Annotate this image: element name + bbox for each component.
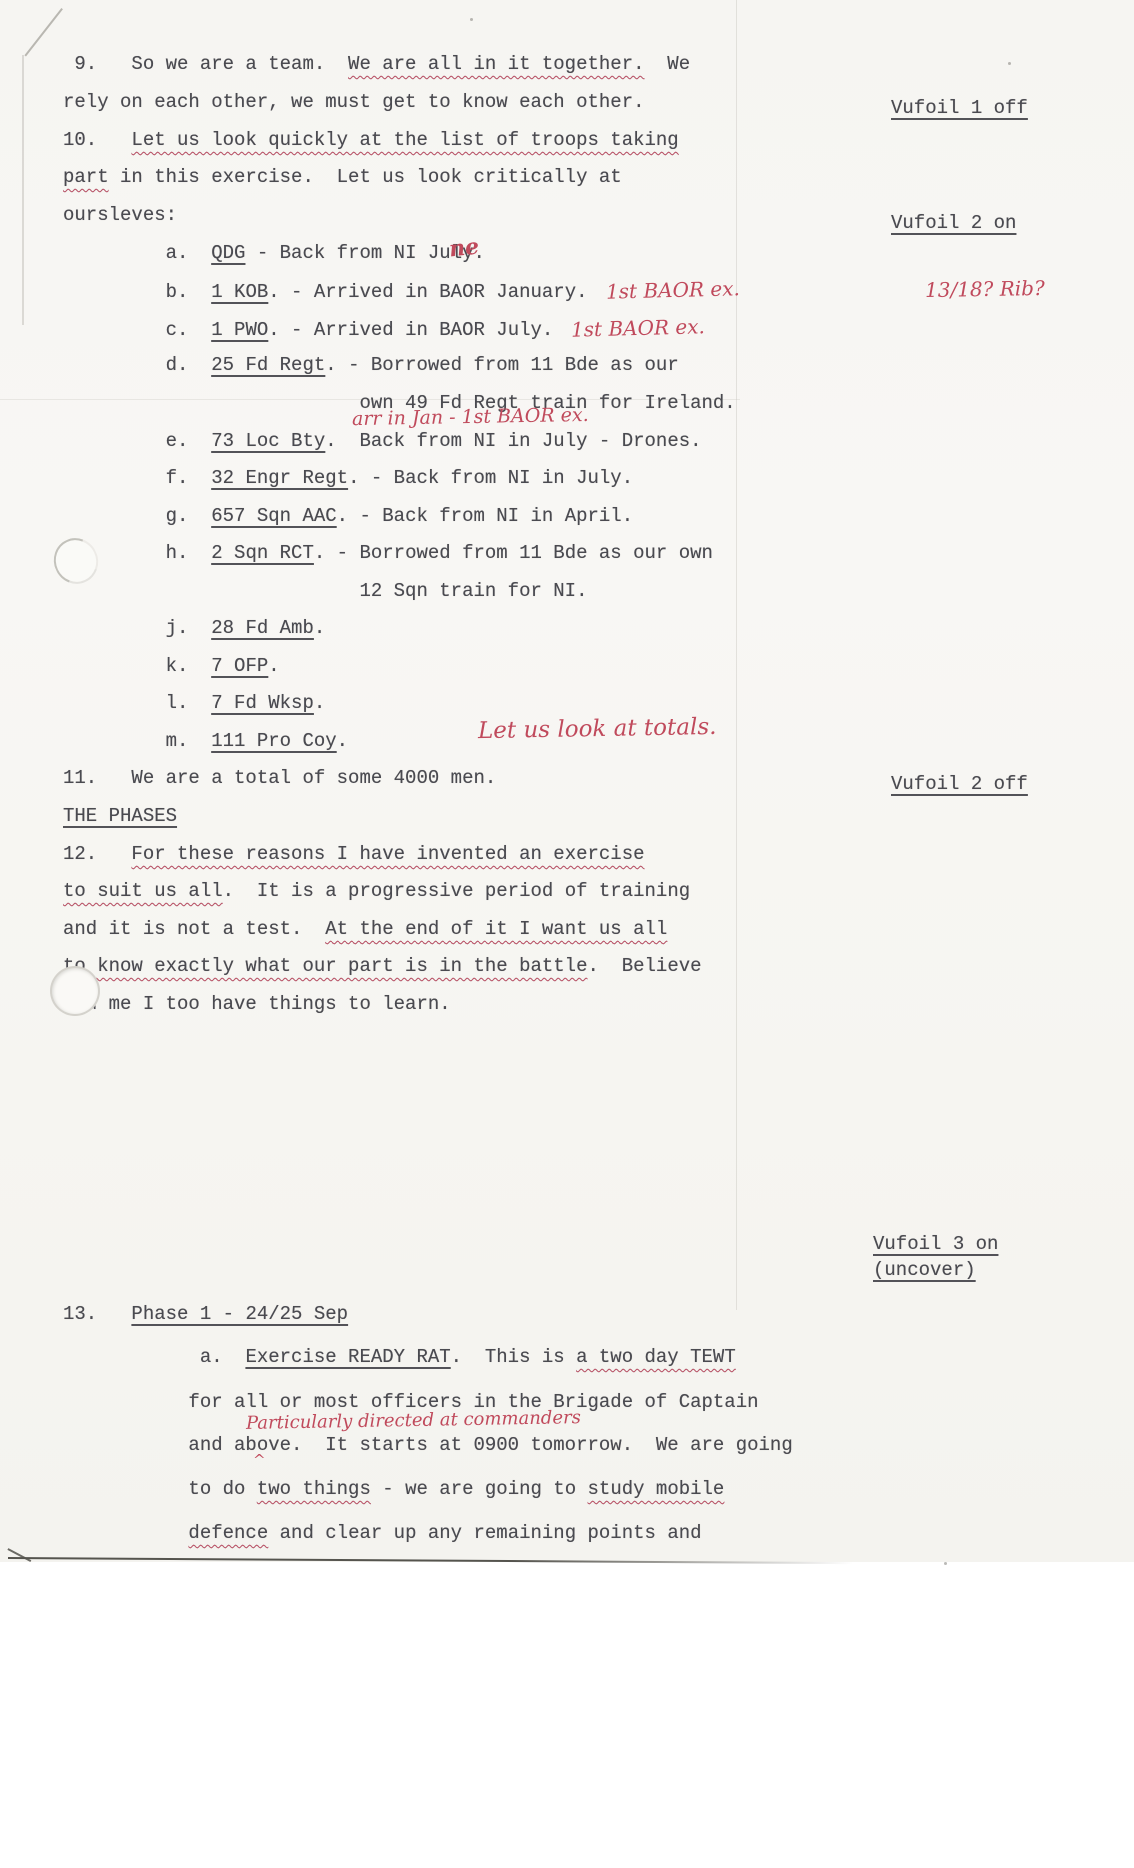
section-heading: THE PHASES bbox=[63, 804, 177, 828]
typed-text: . Believe bbox=[588, 955, 702, 977]
typed-text: . It is a progressive period of training bbox=[223, 880, 690, 902]
unit-name: 7 Fd Wksp bbox=[211, 692, 314, 714]
typed-line-para12-1: 12. For these reasons I have invented an… bbox=[63, 842, 645, 866]
paper-corner-fold-line bbox=[24, 8, 62, 56]
margin-note-text: Vufoil 2 off bbox=[891, 773, 1028, 795]
list-item-a: a. QDG - Back from NI Julyne. bbox=[63, 241, 485, 265]
handwritten-note: Let us look at totals. bbox=[478, 714, 717, 744]
margin-note-text: Vufoil 1 off bbox=[891, 97, 1028, 119]
red-underlined-text: For these reasons I have invented an exe… bbox=[131, 843, 644, 865]
list-item-c: c. 1 PWO. - Arrived in BAOR July.1st BAO… bbox=[63, 316, 705, 342]
red-underlined-text: defence bbox=[188, 1522, 268, 1544]
list-item-b: b. 1 KOB. - Arrived in BAOR January.1st … bbox=[63, 278, 739, 304]
margin-note-text: Vufoil 2 on bbox=[891, 212, 1016, 234]
typed-text: j. bbox=[63, 617, 211, 639]
typed-line-para9-2: rely on each other, we must get to know … bbox=[63, 90, 645, 114]
margin-note-text: Vufoil 3 on bbox=[873, 1233, 998, 1255]
exercise-name: Exercise READY RAT bbox=[245, 1346, 450, 1368]
typed-text: . - Borrowed from 11 Bde as our bbox=[325, 354, 678, 376]
margin-note-vufoil-2-on: Vufoil 2 on bbox=[891, 212, 1016, 234]
typed-text: a. bbox=[63, 242, 211, 264]
unit-name: 7 OFP bbox=[211, 655, 268, 677]
typed-text: . bbox=[314, 617, 325, 639]
typed-text: g. bbox=[63, 505, 211, 527]
list-item-e: e. 73 Loc Bty. Back from NI in July - Dr… bbox=[63, 429, 702, 453]
handwritten-note: 1st BAOR ex. bbox=[605, 276, 739, 303]
typed-text: and above. It starts at 0900 tomorrow. W… bbox=[63, 1434, 793, 1456]
unit-name: 25 Fd Regt bbox=[211, 354, 325, 376]
margin-note-vufoil-1-off: Vufoil 1 off bbox=[891, 97, 1028, 119]
paper-bottom-edge bbox=[8, 1557, 853, 1564]
typed-text: m. bbox=[63, 730, 211, 752]
list-item-f: f. 32 Engr Regt. - Back from NI in July. bbox=[63, 466, 633, 490]
typed-text: h. bbox=[63, 542, 211, 564]
typed-text: 9. So we are a team. bbox=[63, 53, 348, 75]
typed-text: 11. We are a total of some 4000 men. bbox=[63, 767, 496, 789]
typed-text bbox=[63, 1522, 188, 1544]
paper-speckle bbox=[470, 18, 473, 21]
typed-text: a. bbox=[63, 1346, 245, 1368]
unit-name: 111 Pro Coy bbox=[211, 730, 336, 752]
unit-name: 1 KOB bbox=[211, 281, 268, 303]
unit-name: 2 Sqn RCT bbox=[211, 542, 314, 564]
typed-text: 10. bbox=[63, 129, 131, 151]
list-item-m: m. 111 Pro Coy. bbox=[63, 729, 348, 753]
unit-name: QDG bbox=[211, 242, 245, 264]
typed-line-para12-5: you me I too have things to learn. bbox=[63, 992, 451, 1016]
handwritten-note: 1st BAOR ex. bbox=[571, 314, 705, 341]
red-underlined-text: two things bbox=[257, 1478, 371, 1500]
heading-text: Phase 1 - 24/25 Sep bbox=[131, 1303, 348, 1325]
list-item-g: g. 657 Sqn AAC. - Back from NI in April. bbox=[63, 504, 633, 528]
unit-name: 32 Engr Regt bbox=[211, 467, 348, 489]
typed-line-para10-3: oursleves: bbox=[63, 203, 177, 227]
typed-text: - we are going to bbox=[371, 1478, 588, 1500]
typed-line-para13a-3: and above. It starts at 0900 tomorrow. W… bbox=[63, 1433, 793, 1457]
typed-text: to do bbox=[63, 1478, 257, 1500]
typed-line-para13a-4: to do two things - we are going to study… bbox=[63, 1477, 724, 1501]
list-item-l: l. 7 Fd Wksp. bbox=[63, 691, 325, 715]
paper-speckle bbox=[1008, 62, 1011, 65]
paper-speckle bbox=[944, 1562, 947, 1565]
typed-line-para10-1: 10. Let us look quickly at the list of t… bbox=[63, 128, 679, 152]
margin-note-vufoil-3-on: Vufoil 3 on bbox=[873, 1233, 998, 1255]
typed-text: . - Back from NI in April. bbox=[337, 505, 633, 527]
paper-bottom-corner bbox=[8, 1548, 32, 1562]
typed-text: in this exercise. Let us look critically… bbox=[109, 166, 622, 188]
list-item-h-continuation: 12 Sqn train for NI. bbox=[63, 579, 588, 603]
document-page: 9. So we are a team. We are all in it to… bbox=[0, 0, 1134, 1562]
typed-text: e. bbox=[63, 430, 211, 452]
typed-text: . - Borrowed from 11 Bde as our own bbox=[314, 542, 713, 564]
list-item-h: h. 2 Sqn RCT. - Borrowed from 11 Bde as … bbox=[63, 541, 713, 565]
red-underlined-text: study mobile bbox=[588, 1478, 725, 1500]
typed-text: 12. bbox=[63, 843, 131, 865]
typed-text: b. bbox=[63, 281, 211, 303]
typed-text: oursleves: bbox=[63, 204, 177, 226]
handwritten-correction: ne bbox=[448, 234, 480, 261]
unit-name: 657 Sqn AAC bbox=[211, 505, 336, 527]
typed-text: . bbox=[268, 655, 279, 677]
unit-name: 73 Loc Bty bbox=[211, 430, 325, 452]
hole-punch-mark bbox=[50, 966, 100, 1016]
overwritten-text: lyne bbox=[451, 241, 474, 265]
typed-text: k. bbox=[63, 655, 211, 677]
list-item-j: j. 28 Fd Amb. bbox=[63, 616, 325, 640]
red-underlined-text: to suit us all bbox=[63, 880, 223, 902]
paper-crease-vertical bbox=[736, 0, 737, 1310]
typed-text: . Back from NI in July - Drones. bbox=[325, 430, 701, 452]
typed-text: 13. bbox=[63, 1303, 131, 1325]
typed-text: . bbox=[314, 692, 325, 714]
typed-text: rely on each other, we must get to know … bbox=[63, 91, 645, 113]
red-underlined-text: Let us look quickly at the list of troop… bbox=[131, 129, 678, 151]
typed-line-para13-heading: 13. Phase 1 - 24/25 Sep bbox=[63, 1302, 348, 1326]
typed-line-para12-3: and it is not a test. At the end of it I… bbox=[63, 917, 667, 941]
red-underlined-text: a two day TEWT bbox=[576, 1346, 736, 1368]
margin-note-vufoil-2-off: Vufoil 2 off bbox=[891, 773, 1028, 795]
typed-text: d. bbox=[63, 354, 211, 376]
typed-text: c. bbox=[63, 319, 211, 341]
typed-text: f. bbox=[63, 467, 211, 489]
margin-note-uncover: (uncover) bbox=[873, 1259, 976, 1281]
handwritten-insertion: Particularly directed at commanders bbox=[246, 1407, 581, 1434]
typed-line-para13a-1: a. Exercise READY RAT. This is a two day… bbox=[63, 1345, 736, 1369]
typed-text: . This is bbox=[451, 1346, 576, 1368]
typed-text: . - Arrived in BAOR July. bbox=[268, 319, 553, 341]
list-item-d: d. 25 Fd Regt. - Borrowed from 11 Bde as… bbox=[63, 353, 679, 377]
handwritten-note: arr in Jan - 1st BAOR ex. bbox=[352, 404, 589, 430]
typed-line-para13a-5: defence and clear up any remaining point… bbox=[63, 1521, 702, 1545]
typed-text: and clear up any remaining points and bbox=[268, 1522, 701, 1544]
typed-line-para11: 11. We are a total of some 4000 men. bbox=[63, 766, 496, 790]
typed-text: you me I too have things to learn. bbox=[63, 993, 451, 1015]
typed-text: 12 Sqn train for NI. bbox=[63, 580, 588, 602]
unit-name: 28 Fd Amb bbox=[211, 617, 314, 639]
handwritten-margin-query: 13/18? Rib? bbox=[925, 276, 1045, 302]
margin-note-text: (uncover) bbox=[873, 1259, 976, 1281]
typed-text: and it is not a test. bbox=[63, 918, 325, 940]
typed-line-para9-1: 9. So we are a team. We are all in it to… bbox=[63, 52, 690, 76]
typed-text: . bbox=[337, 730, 348, 752]
typed-text: l. bbox=[63, 692, 211, 714]
unit-name: 1 PWO bbox=[211, 319, 268, 341]
red-underlined-text: to know exactly what our part is in the … bbox=[63, 955, 588, 977]
typed-text: We bbox=[645, 53, 691, 75]
red-underlined-text: At the end of it I want us all bbox=[325, 918, 667, 940]
typed-text: . - Arrived in BAOR January. bbox=[268, 281, 587, 303]
paper-left-edge bbox=[22, 55, 24, 325]
typed-text: . - Back from NI in July. bbox=[348, 467, 633, 489]
handwritten-caret: ^ bbox=[253, 1451, 266, 1469]
list-item-k: k. 7 OFP. bbox=[63, 654, 280, 678]
typed-line-para10-2: part in this exercise. Let us look criti… bbox=[63, 165, 622, 189]
heading-text: THE PHASES bbox=[63, 805, 177, 827]
red-underlined-text: We are all in it together. bbox=[348, 53, 644, 75]
red-underlined-text: part bbox=[63, 166, 109, 188]
typed-line-para12-4: to know exactly what our part is in the … bbox=[63, 954, 702, 978]
typed-text: - Back from NI Ju bbox=[245, 242, 450, 264]
scanned-document-canvas: 9. So we are a team. We are all in it to… bbox=[0, 0, 1134, 1868]
typed-line-para12-2: to suit us all. It is a progressive peri… bbox=[63, 879, 690, 903]
